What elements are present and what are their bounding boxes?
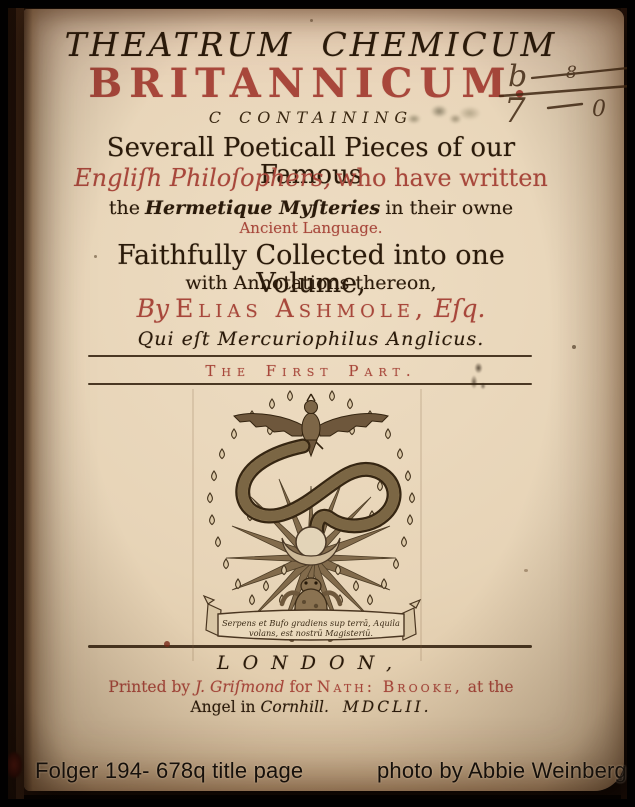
printed-text-block: THEATRUM CHEMICUM BRITANNICUM. CCONTAINI… — [60, 9, 562, 791]
mark-7: 7 — [504, 91, 526, 128]
imprint-line-1: Printed byJ. GriſmondforNath: Brooke,at … — [60, 679, 562, 695]
handwritten-price-marks: b 8 7 0 — [496, 56, 634, 128]
bookseller-name: Nath: Brooke, — [317, 678, 463, 696]
mark-0: 0 — [592, 97, 606, 122]
red-speck — [164, 641, 170, 647]
publication-year: MDCLII. — [343, 698, 432, 716]
ink-blot — [462, 356, 492, 396]
speck — [310, 19, 313, 22]
byline-by: By — [137, 294, 170, 323]
banner-text-line-1: Serpens et Bufo gradiens sup terrā, Aqui… — [222, 618, 400, 628]
byline: ByElias Ashmole,Eſq. — [60, 296, 562, 322]
page-spine-edge — [24, 9, 40, 791]
subtitle-line-3: theHermetique Myſteriesin their owne — [60, 199, 562, 219]
imprint-city: LONDON, — [60, 654, 562, 674]
containing-line: CCONTAINING — [60, 110, 562, 127]
who-have-written: who have written — [336, 164, 548, 192]
annotations-line: with Annotations thereon, — [60, 274, 562, 294]
angel-in: Angel in — [190, 698, 255, 716]
imprint-line-2: Angel inCornhill.MDCLII. — [60, 699, 562, 715]
mark-dash — [548, 104, 582, 108]
at-the: at the — [468, 678, 514, 696]
banner-text-line-2: volans, est nostrū Magisteriū. — [249, 628, 373, 638]
main-title: BRITANNICUM. — [60, 63, 562, 105]
speck — [524, 569, 528, 572]
byline-esquire: Eſq. — [434, 294, 485, 323]
subtitle-line-2: Engliſh Philoſophers,who have written — [60, 166, 562, 191]
eagle-icon — [234, 394, 388, 456]
english-philosophers-italic: Engliſh Philoſophers, — [74, 164, 331, 192]
caption-photo-credit: photo by Abbie Weinberg — [377, 758, 627, 784]
for-word: for — [289, 678, 311, 696]
paper-crease-right — [420, 389, 422, 661]
speck — [572, 345, 576, 349]
mark-8: 8 — [566, 63, 577, 83]
caption-shelfmark: Folger 194- 678q title page — [35, 758, 303, 784]
mark-b: b — [508, 59, 527, 94]
binding-blob — [6, 752, 22, 778]
latin-motto: Qui eſt Mercuriophilus Anglicus. — [60, 330, 562, 350]
alchemical-emblem-engraving: Serpens et Bufo gradiens sup terrā, Aqui… — [60, 390, 562, 642]
printer-name: J. Griſmond — [195, 678, 284, 696]
printed-by: Printed by — [108, 678, 190, 696]
faded-stamp-blot — [396, 98, 486, 136]
horizontal-rule-bottom — [88, 645, 532, 648]
in-their-owne: in their owne — [385, 197, 513, 219]
series-title: THEATRUM CHEMICUM — [60, 28, 562, 63]
ancient-language-line: Ancient Language. — [60, 221, 562, 237]
cornhill-italic: Cornhill. — [261, 698, 329, 716]
speck — [94, 255, 97, 258]
photo-of-title-page: THEATRUM CHEMICUM BRITANNICUM. CCONTAINI… — [0, 0, 635, 807]
containing-word: CONTAINING — [239, 108, 413, 127]
the-word: the — [109, 197, 140, 219]
hermetique-mysteries-italic: Hermetique Myſteries — [145, 197, 380, 219]
paraph-mark: C — [209, 108, 221, 127]
paper-crease-left — [192, 389, 194, 661]
author-name: Elias Ashmole, — [175, 294, 428, 323]
emblem-svg: Serpens et Bufo gradiens sup terrā, Aqui… — [186, 390, 436, 642]
handwriting-svg: b 8 7 0 — [496, 56, 634, 128]
